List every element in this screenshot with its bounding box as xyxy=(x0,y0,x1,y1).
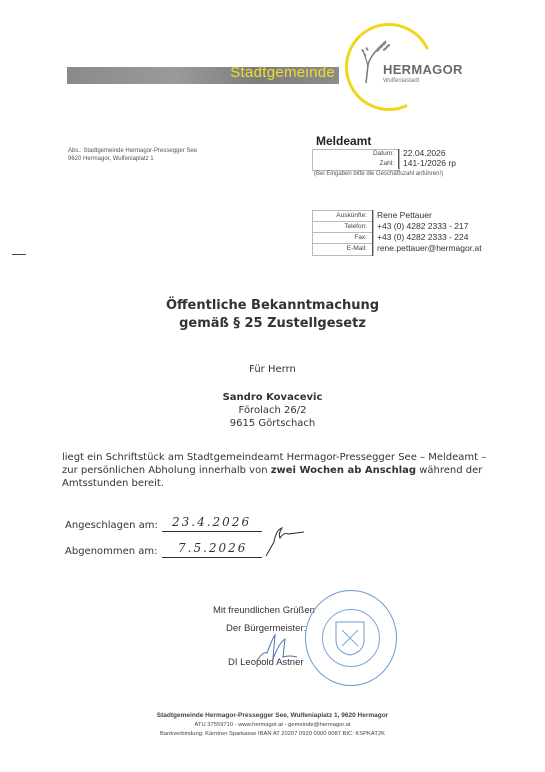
body-text-bold: zwei Wochen ab Anschlag xyxy=(271,465,416,476)
footer-address: Stadtgemeinde Hermagor-Pressegger See, W… xyxy=(0,712,545,719)
sender-address: Abs.: Stadtgemeinde Hermagor-Pressegger … xyxy=(68,147,197,163)
date-value: 22.04.2026 xyxy=(403,148,446,158)
contact-label-fax: Fax: xyxy=(287,234,367,241)
ref-value: 141-1/2026 rp xyxy=(403,158,456,168)
removed-underline xyxy=(162,557,262,558)
contact-row-divider xyxy=(312,232,372,233)
closing-greeting: Mit freundlichen Grüßen xyxy=(213,605,315,616)
notice-body: liegt ein Schriftstück am Stadtgemeindea… xyxy=(62,451,492,490)
signatory-name: DI Leopold Astner xyxy=(228,657,304,668)
fold-mark xyxy=(12,254,26,255)
ref-label: Zahl: xyxy=(314,160,394,167)
removed-label: Abgenommen am: xyxy=(65,546,158,557)
initials-signature-icon xyxy=(258,520,308,560)
contact-row-divider xyxy=(312,221,372,222)
contact-value-info: Rene Pettauer xyxy=(377,210,432,220)
contact-value-phone: +43 (0) 4282 2333 - 217 xyxy=(377,221,468,231)
sender-line-2: 9620 Hermagor, Wulfeniaplatz 1 xyxy=(68,155,197,163)
notice-title-line-1: Öffentliche Bekanntmachung xyxy=(0,298,545,313)
contact-value-email[interactable]: rene.pettauer@hermagor.at xyxy=(377,243,482,253)
recipient-street: Förolach 26/2 xyxy=(0,405,545,416)
logo-title: HERMAGOR xyxy=(383,62,463,77)
contact-label-phone: Telefon: xyxy=(287,223,367,230)
posted-value: 23.4.2026 xyxy=(172,515,251,529)
recipient-salutation: Für Herrn xyxy=(0,364,545,375)
notice-title-line-2: gemäß § 25 Zustellgesetz xyxy=(0,316,545,331)
contact-divider xyxy=(372,210,373,256)
banner-text: Stadtgemeinde xyxy=(170,64,335,81)
contact-row-divider xyxy=(312,243,372,244)
contact-value-fax: +43 (0) 4282 2333 - 224 xyxy=(377,232,468,242)
sender-line-1: Abs.: Stadtgemeinde Hermagor-Pressegger … xyxy=(68,147,197,155)
office-title: Meldeamt xyxy=(316,134,371,148)
removed-value: 7.5.2026 xyxy=(178,541,247,555)
contact-label-info: Auskünfte: xyxy=(287,212,367,219)
recipient-city: 9615 Görtschach xyxy=(0,418,545,429)
reference-note: (Bei Eingaben bitte die Geschäftszahl an… xyxy=(314,171,443,177)
logo-subtitle: Wulfeniastadt xyxy=(383,78,419,84)
recipient-name: Sandro Kovacevic xyxy=(0,392,545,403)
footer-bank: Bankverbindung: Kärntner Sparkasse IBAN … xyxy=(0,731,545,737)
posted-underline xyxy=(162,531,262,532)
footer-contact: ATU 37559710 - www.hermagor.at - gemeind… xyxy=(0,722,545,728)
date-label: Datum: xyxy=(314,150,394,157)
coat-of-arms-icon xyxy=(334,620,366,656)
office-divider xyxy=(398,149,399,169)
contact-label-email: E-Mail: xyxy=(287,245,367,252)
posted-label: Angeschlagen am: xyxy=(65,520,158,531)
